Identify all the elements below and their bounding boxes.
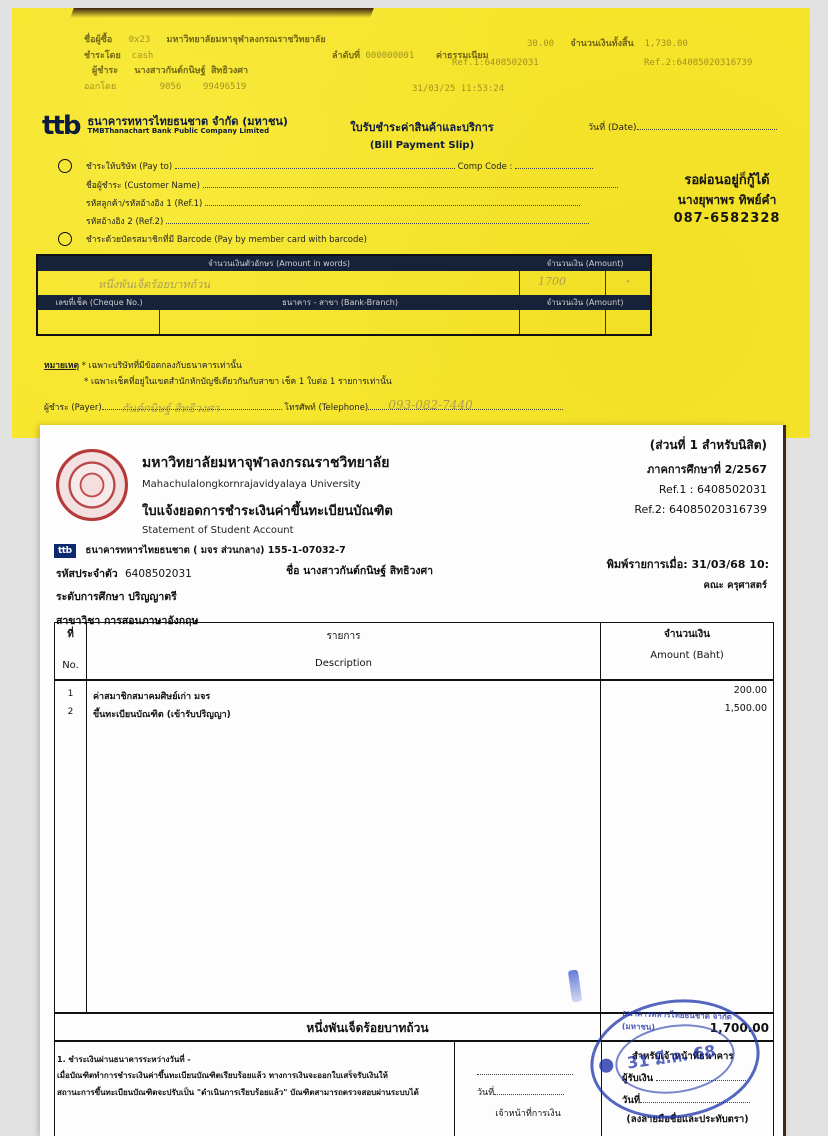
bank-name-en: TMBThanachart Bank Public Company Limite… (87, 128, 288, 136)
telephone-value: 093-082-7440 (388, 398, 472, 412)
amount-words-header: จำนวนเงินตัวอักษร (Amount in words) (38, 257, 520, 270)
row-amount: 200.00 (734, 685, 767, 696)
amount-satang-field[interactable]: - (606, 271, 650, 295)
receipt-line-4: ออกโดย 9056 99496519 (84, 79, 246, 93)
barcode-option: ชำระด้วยบัตรสมาชิกที่มี Barcode (Pay by … (86, 232, 367, 246)
faculty: คณะ ครุศาสตร์ (704, 578, 767, 593)
cashier-date: วันที่ (477, 1085, 564, 1099)
bank-account-row: ttb ธนาคารทหารไทยธนชาต ( มจร ส่วนกลาง) 1… (54, 543, 346, 558)
customer-name-field[interactable]: ชื่อผู้ชำระ (Customer Name) (86, 178, 618, 192)
description-column: ค่าสมาชิกสมาคมศิษย์เก่า มจรขึ้นทะเบียนบั… (87, 681, 601, 1013)
items-table: ที่ No. รายการ Description จำนวนเงิน Amo… (54, 622, 774, 1014)
lender-stamp: รอผ่อนอยู่ก็กู้ได้ นางยุพาพร ทิพย์คำ 087… (652, 171, 802, 228)
amount-field[interactable]: 1700 (520, 271, 606, 295)
university-name-en: Mahachulalongkornrajavidyalaya Universit… (142, 479, 361, 490)
payment-notes: 1. ชำระเงินผ่านธนาคารระหว่างวันที่ - เมื… (55, 1042, 455, 1136)
no-column: 12 (55, 681, 87, 1013)
receipt-fee: 30.00 จำนวนเงินทั้งสิ้น 1,730.00 (527, 36, 688, 50)
pay-to-field[interactable]: ชำระให้บริษัท (Pay to) Comp Code : (86, 159, 593, 173)
row-description: ขึ้นทะเบียนบัณฑิต (เข้ารับปริญญา) (93, 707, 231, 721)
receipt-line-1: ชื่อผู้ซื้อ 0x23 มหาวิทยาลัยมหาจุฬาลงกรณ… (84, 32, 326, 46)
row-number: 2 (55, 707, 86, 717)
bank-branch-header: ธนาคาร - สาขา (Bank-Branch) (160, 296, 520, 309)
receipt-ref2: Ref.2:64085020316739 (644, 58, 752, 68)
amount-header: จำนวนเงิน (Amount) (520, 257, 650, 270)
ref2: Ref.2: 64085020316739 (634, 504, 767, 515)
remarks: หมายเหตุ * เฉพาะบริษัทที่มีข้อตกลงกับธนา… (44, 358, 392, 390)
ref1: Ref.1 : 6408502031 (634, 484, 767, 495)
bill-payment-slip: ชื่อผู้ซื้อ 0x23 มหาวิทยาลัยมหาจุฬาลงกรณ… (12, 8, 810, 438)
amount2-header: จำนวนเงิน (Amount) (520, 296, 650, 309)
cheque-no-field[interactable] (38, 310, 160, 334)
student-id: รหัสประจำตัว 6408502031 (56, 565, 192, 582)
amount2-field[interactable] (520, 310, 606, 334)
university-name-th: มหาวิทยาลัยมหาจุฬาลงกรณราชวิทยาลัย (142, 452, 389, 474)
cashier-role: เจ้าหน้าที่การเงิน (455, 1106, 601, 1120)
education-level: ระดับการศึกษา ปริญญาตรี (56, 588, 177, 605)
paper-fold-shadow (70, 8, 374, 18)
ref2-field[interactable]: รหัสอ้างอิง 2 (Ref.2) (86, 214, 589, 228)
cheque-no-header: เลขที่เช็ค (Cheque No.) (38, 296, 160, 309)
statement-title-en: Statement of Student Account (142, 525, 294, 536)
amount-header: จำนวนเงิน Amount (Baht) (601, 623, 773, 679)
reference-block: (ส่วนที่ 1 สำหรับนิสิต) ภาคการศึกษาที่ 2… (634, 439, 767, 524)
bank-account: ธนาคารทหารไทยธนชาต ( มจร ส่วนกลาง) 155-1… (86, 543, 346, 558)
total-in-words: หนึ่งพันเจ็ดร้อยบาทถ้วน (55, 1014, 601, 1041)
amount2-satang-field[interactable] (606, 310, 650, 334)
no-header: ที่ No. (55, 623, 87, 679)
pay-to-radio[interactable] (58, 159, 72, 173)
student-account-statement: มหาวิทยาลัยมหาจุฬาลงกรณราชวิทยาลัย Mahac… (40, 425, 786, 1136)
receipt-timestamp: 31/03/25 11:53:24 (412, 84, 504, 94)
university-seal-icon (56, 449, 128, 521)
cashier-section: วันที่ เจ้าหน้าที่การเงิน (455, 1042, 602, 1136)
barcode-radio[interactable] (58, 232, 72, 246)
student-name: ชื่อ นางสาวกันต์กนิษฐ์ สิทธิวงศา (286, 562, 433, 579)
description-header: รายการ Description (87, 623, 601, 679)
amount-words-field[interactable]: หนึ่งพันเจ็ดร้อยบาทถ้วน (38, 271, 520, 295)
row-number: 1 (55, 689, 86, 699)
bank-branch-field[interactable] (160, 310, 520, 334)
receipt-line-3: ผู้ชำระ นางสาวกันต์กนิษฐ์ สิทธิวงศา (92, 63, 248, 77)
row-description: ค่าสมาชิกสมาคมศิษย์เก่า มจร (93, 689, 210, 703)
payer-field[interactable]: ผู้ชำระ (Payer)กันต์กนิษฐ์ สิทธิวงศา โทร… (44, 400, 563, 414)
row-amount: 1,500.00 (725, 703, 767, 714)
receipt-line-2: ชำระโดย cash (84, 48, 153, 62)
cashier-signature-line (477, 1064, 573, 1075)
ttb-logo-icon: ttb (42, 113, 79, 139)
ref1-field[interactable]: รหัสลูกค้า/รหัสอ้างอิง 1 (Ref.1) (86, 196, 580, 210)
amount-table: จำนวนเงินตัวอักษร (Amount in words) จำนว… (36, 254, 652, 336)
part-label: (ส่วนที่ 1 สำหรับนิสิต) (634, 439, 767, 451)
amount-column: 200.001,500.00 (601, 681, 773, 1013)
printed-at: พิมพ์รายการเมื่อ: 31/03/68 10: (607, 555, 769, 573)
date-field[interactable]: วันที่ (Date) (588, 120, 777, 134)
statement-title-th: ใบแจ้งยอดการชำระเงินค่าขึ้นทะเบียนบัณฑิต (142, 500, 393, 521)
semester: ภาคการศึกษาที่ 2/2567 (634, 464, 767, 475)
receipt-ref1: Ref.1:6408502031 (452, 58, 539, 68)
bank-header: ttb ธนาคารทหารไทยธนชาต จำกัด (มหาชน) TMB… (42, 113, 288, 139)
slip-title: ใบรับชำระค่าสินค้าและบริการ (Bill Paymen… (312, 118, 532, 151)
ttb-logo-icon: ttb (54, 544, 76, 558)
